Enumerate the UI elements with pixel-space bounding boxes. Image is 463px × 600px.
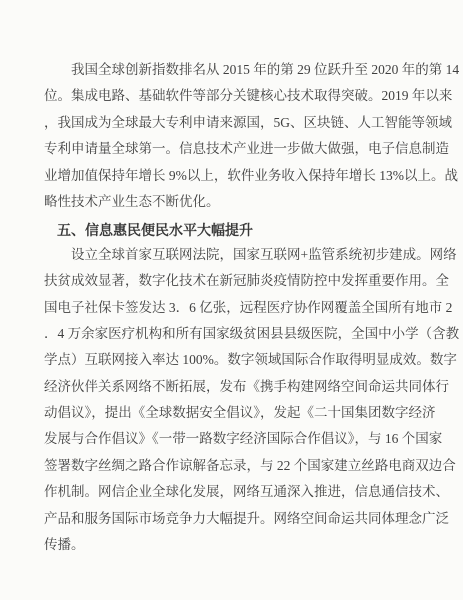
text-line: 我国全球创新指数排名从 2015 年的第 29 位跃升至 2020 年的第 14 (44, 57, 423, 83)
document-page: 我国全球创新指数排名从 2015 年的第 29 位跃升至 2020 年的第 14… (0, 0, 463, 600)
body-text: 我国全球创新指数排名从 2015 年的第 29 位跃升至 2020 年的第 14… (44, 57, 423, 558)
text-line: 作机制。网信企业全球化发展，网络互通深入推进，信息通信技术、 (44, 479, 423, 505)
text-line: 业增加值保持年增长 9%以上，软件业务收入保持年增长 13%以上。战 (44, 163, 423, 189)
text-line: 产品和服务国际市场竞争力大幅提升。网络空间命运共同体理念广泛 (44, 506, 423, 532)
text-line: 扶贫成效显著，数字化技术在新冠肺炎疫情防控中发挥重要作用。全 (44, 268, 423, 294)
text-line: 国电子社保卡签发达 3．6 亿张，远程医疗协作网覆盖全国所有地市 2 (44, 295, 423, 321)
text-line: ．4 万余家医疗机构和所有国家级贫困县县级医院，全国中小学（含教 (44, 321, 423, 347)
text-line: ，我国成为全球最大专利申请来源国，5G、区块链、人工智能等领域 (44, 110, 423, 136)
text-line: 传播。 (44, 532, 423, 558)
text-line: 略性技术产业生态不断优化。 (44, 189, 423, 215)
text-line: 动倡议》，提出《全球数据安全倡议》，发起《二十国集团数字经济 (44, 400, 423, 426)
paragraph-1: 我国全球创新指数排名从 2015 年的第 29 位跃升至 2020 年的第 14… (44, 57, 423, 215)
text-line: 经济伙伴关系网络不断拓展，发布《携手构建网络空间命运共同体行 (44, 374, 423, 400)
text-line: 专利申请量全球第一。信息技术产业进一步做大做强，电子信息制造 (44, 136, 423, 162)
text-line: 学点）互联网接入率达 100%。数字领域国际合作取得明显成效。数字 (44, 347, 423, 373)
text-line: 位。集成电路、基础软件等部分关键核心技术取得突破。2019 年以来 (44, 83, 423, 109)
paragraph-2: 设立全球首家互联网法院，国家互联网+监管系统初步建成。网络 扶贫成效显著，数字化… (44, 242, 423, 559)
text-line: 发展与合作倡议》《一带一路数字经济国际合作倡议》，与 16 个国家 (44, 426, 423, 452)
text-line: 签署数字丝绸之路合作谅解备忘录，与 22 个国家建立丝路电商双边合 (44, 453, 423, 479)
section-heading: 五、信息惠民便民水平大幅提升 (44, 219, 423, 245)
